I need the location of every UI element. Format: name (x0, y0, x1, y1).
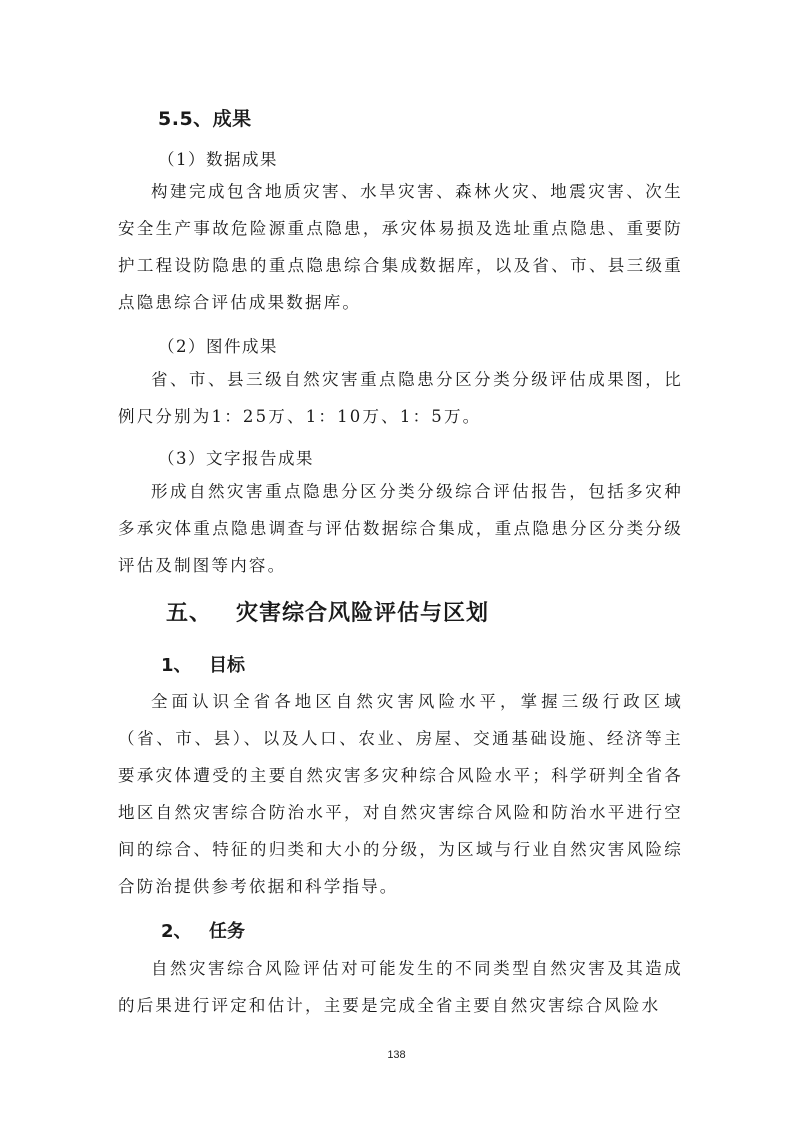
page-number: 138 (0, 1049, 793, 1061)
paragraph-goal: 全面认识全省各地区自然灾害风险水平，掌握三级行政区域（省、市、县）、以及人口、农… (118, 683, 683, 905)
task-number: 2、 (161, 917, 209, 943)
paragraph-map-results: 省、市、县三级自然灾害重点隐患分区分类分级评估成果图，比例尺分别为1：25万、1… (118, 361, 683, 435)
goal-heading: 1、目标 (161, 651, 245, 677)
goal-number: 1、 (161, 651, 209, 677)
chapter-title: 灾害综合风险评估与区划 (236, 601, 489, 626)
task-title: 任务 (209, 921, 245, 942)
paragraph-report-results: 形成自然灾害重点隐患分区分类分级综合评估报告，包括多灾种多承灾体重点隐患调查与评… (118, 473, 683, 584)
chapter-heading: 五、灾害综合风险评估与区划 (166, 596, 489, 627)
goal-title: 目标 (209, 655, 245, 676)
subheading-map-results: （2）图件成果 (158, 333, 278, 357)
subheading-report-results: （3）文字报告成果 (158, 445, 314, 469)
chapter-number: 五、 (166, 596, 236, 627)
paragraph-data-results: 构建完成包含地质灾害、水旱灾害、森林火灾、地震灾害、次生安全生产事故危险源重点隐… (118, 173, 683, 321)
section-heading-5-5: 5.5、成果 (158, 104, 252, 131)
task-heading: 2、任务 (161, 917, 245, 943)
paragraph-task: 自然灾害综合风险评估对可能发生的不同类型自然灾害及其造成的后果进行评定和估计，主… (118, 950, 683, 1024)
subheading-data-results: （1）数据成果 (158, 146, 278, 170)
